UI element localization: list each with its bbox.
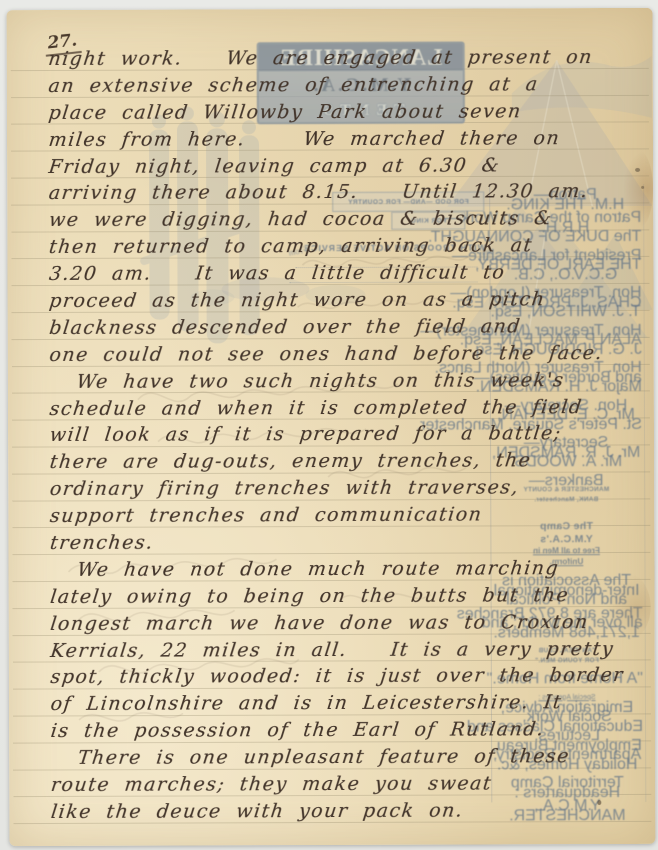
handwritten-line: is the possession of the Earl of Rutland… bbox=[49, 716, 648, 745]
handwritten-line: will look as if it is prepared for a bat… bbox=[48, 420, 647, 449]
handwritten-line: proceed as the night wore on as a pitch bbox=[48, 286, 647, 315]
handwritten-line: then returned to camp, arriving back at bbox=[47, 232, 646, 261]
handwritten-line: miles from here. We marched there on bbox=[47, 125, 646, 154]
handwritten-line: arriving there about 8.15. Until 12.30 a… bbox=[47, 178, 646, 207]
handwritten-line: an extensive scheme of entrenching at a bbox=[47, 71, 646, 100]
handwritten-line: schedule and when it is completed the fi… bbox=[48, 393, 647, 422]
handwritten-line: Kerrials, 22 miles in all. It is a very … bbox=[49, 635, 648, 664]
ink-speck-3 bbox=[641, 186, 644, 189]
handwritten-line: There is one unpleasant feature of these bbox=[49, 743, 648, 772]
handwritten-line: We have not done much route marching bbox=[49, 555, 648, 584]
handwritten-line: longest march we have done was to Croxto… bbox=[49, 609, 648, 638]
handwritten-line: trenches. bbox=[48, 528, 647, 557]
handwritten-line: blackness descended over the field and bbox=[48, 313, 647, 342]
handwritten-line: night work. We are engaged at present on bbox=[47, 44, 646, 73]
handwritten-line: support trenches and communication bbox=[48, 501, 647, 530]
letter-page: LANCASHIRE Y.M.C.A. TENTS FOR GOD —AND— … bbox=[7, 8, 656, 846]
handwritten-line: ordinary firing trenches with traverses, bbox=[48, 474, 647, 503]
handwritten-line: Friday night, leaving camp at 6.30 & bbox=[47, 151, 646, 180]
handwritten-line: of Lincolnshire and is in Leicestershire… bbox=[49, 689, 648, 718]
handwritten-line: one could not see ones hand before the f… bbox=[48, 340, 647, 369]
handwritten-line: We have two such nights on this week's bbox=[48, 367, 647, 396]
handwritten-line: 3.20 am. It was a little difficult to bbox=[48, 259, 647, 288]
handwritten-line: spot, thickly wooded: it is just over th… bbox=[49, 662, 648, 691]
scan-background: { "page": { "page_number": "27." }, "let… bbox=[0, 0, 658, 850]
ink-speck bbox=[597, 800, 601, 805]
handwritten-line: lately owing to being on the butts but t… bbox=[49, 582, 648, 611]
letter-body: night work. We are engaged at present on… bbox=[47, 44, 646, 826]
handwritten-line: we were digging, had cocoa & biscuits & bbox=[47, 205, 646, 234]
handwritten-line: like the deuce with your pack on. bbox=[49, 797, 648, 826]
handwritten-line: there are dug-outs, enemy trenches, the bbox=[48, 447, 647, 476]
handwritten-line: route marches; they make you sweat bbox=[49, 770, 648, 799]
handwritten-line: place called Willowby Park about seven bbox=[47, 98, 646, 127]
ink-speck-2 bbox=[635, 168, 640, 172]
